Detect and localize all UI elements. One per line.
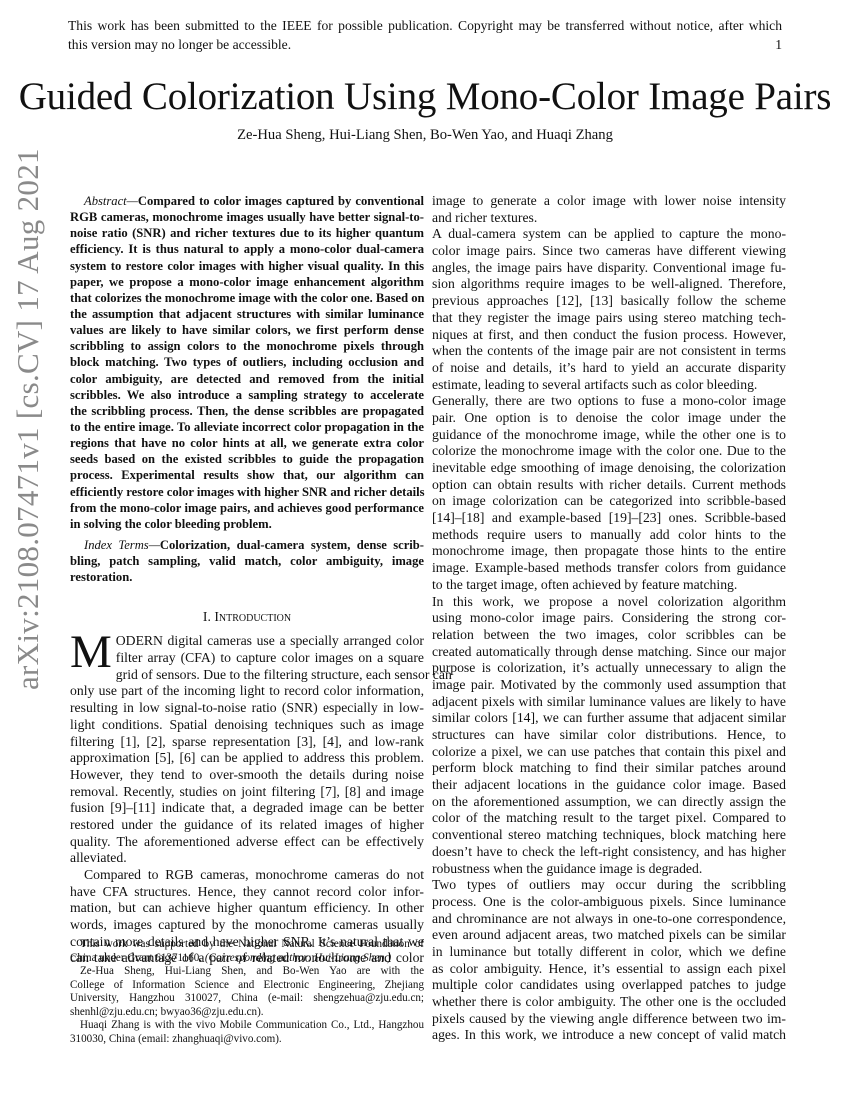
abstract-line: Abstract—Compared to color images captur… [70, 193, 424, 209]
intro-line: quality. The aforementioned adverse effe… [70, 834, 424, 851]
body-line: image. Example-based methods transfer co… [432, 560, 786, 577]
abstract-line: efficiency. It is thus natural to apply … [70, 241, 424, 257]
body-line: sion algorithms require images to be wel… [432, 276, 786, 293]
corresponding-author: (Corresponding author: Hui-Liang Shen.) [205, 952, 391, 964]
body-line: doesn’t have to check the left-right con… [432, 844, 786, 861]
body-line: and richer textures. [432, 210, 786, 227]
intro-line: ODERN digital cameras use a specially ar… [116, 633, 424, 650]
footnote-line: This work was supported by the National … [70, 938, 424, 952]
body-line: of noise and details, it’s hard to yield… [432, 360, 786, 377]
body-line: niques at first, and then conduct the fu… [432, 327, 786, 344]
body-line: conventional stereo matching techniques,… [432, 827, 786, 844]
left-column: Abstract—Compared to color images captur… [70, 193, 424, 967]
abstract-line: the assumption that adjacent structures … [70, 306, 424, 322]
abstract-line: the scribbling process. Then, the dense … [70, 403, 424, 419]
body-line: on the aforementioned assumption, we can… [432, 794, 786, 811]
body-line: process. One is the color-ambiguous pixe… [432, 894, 786, 911]
body-line: Two types of outliers may occur during t… [432, 877, 786, 894]
intro-line: only use part of the incoming light to r… [70, 683, 424, 700]
body-line: option can obtain results with richer de… [432, 477, 786, 494]
abstract-line: block matching. Two types of outliers, i… [70, 354, 424, 370]
intro-line: light conditions. Spatial denoising tech… [70, 717, 424, 734]
abstract-line: color ambiguity, are detected and remove… [70, 371, 424, 387]
submission-notice: This work has been submitted to the IEEE… [68, 16, 782, 54]
intro-line: restored under the guidance of its relat… [70, 817, 424, 834]
body-line: previous approaches [12], [13] basically… [432, 293, 786, 310]
author-list: Ze-Hua Sheng, Hui-Liang Shen, Bo-Wen Yao… [0, 126, 850, 144]
index-terms-line: restoration. [70, 569, 424, 585]
body-line: perform block matching to find their sim… [432, 760, 786, 777]
abstract-line: values are likely to have similar colors… [70, 322, 424, 338]
page-number: 1 [775, 35, 782, 54]
drop-cap: M [70, 634, 112, 670]
body-line: monochrome image, then propagate those h… [432, 543, 786, 560]
notice-line-1: This work has been submitted to the IEEE… [68, 16, 782, 35]
footnote-line: China under Grant 61371160. (Correspondi… [70, 952, 424, 966]
body-line: in luminance but totally different in co… [432, 944, 786, 961]
intro-line: Compared to RGB cameras, monochrome came… [70, 867, 424, 884]
intro-paragraph-1: M ODERN digital cameras use a specially … [70, 633, 424, 867]
body-line: similar colors [14], we can further assu… [432, 710, 786, 727]
intro-line: words, images captured by the monochrome… [70, 917, 424, 934]
body-line: on image colorization can be categorized… [432, 493, 786, 510]
body-line: purpose is colorization, it’s actually u… [432, 660, 786, 677]
body-line: relation between the two images, color s… [432, 627, 786, 644]
abstract-line: RGB cameras, monochrome images usually h… [70, 209, 424, 225]
intro-line: filtering [1], [2], sparse representatio… [70, 734, 424, 751]
body-line: methods require users to manually add co… [432, 527, 786, 544]
abstract-line: noise ratio (SNR) and richer textures du… [70, 225, 424, 241]
right-column: image to generate a color image with low… [432, 193, 786, 1044]
index-terms-line: bling, patch sampling, valid match, colo… [70, 553, 424, 569]
intro-line: alleviated. [70, 850, 424, 867]
abstract-line: to the entire image. To alleviate incorr… [70, 419, 424, 435]
footnote-line: College of Information Science and Elect… [70, 979, 424, 993]
body-line: inevitable edge smoothing of image denoi… [432, 460, 786, 477]
abstract-line: efficiently restore color images with hi… [70, 484, 424, 500]
body-line: color of the matching result to the targ… [432, 810, 786, 827]
body-line: robustness when the guidance image is de… [432, 861, 786, 878]
arxiv-stamp: arXiv:2108.07471v1 [cs.CV] 17 Aug 2021 [10, 148, 46, 690]
abstract-line: in solving the color bleeding problem. [70, 516, 424, 532]
abstract-label: Abstract— [84, 194, 138, 208]
body-line: even around adjacent areas, two matched … [432, 927, 786, 944]
body-line: created automatically through dense matc… [432, 644, 786, 661]
abstract-line: scribbles. We also introduce a sampling … [70, 387, 424, 403]
footnotes: This work was supported by the National … [70, 938, 424, 1046]
abstract-line: seeds based on the existed scribbles to … [70, 451, 424, 467]
body-line: image pair. Motivated by the commonly us… [432, 677, 786, 694]
body-line: whether there is color ambiguity. The ot… [432, 994, 786, 1011]
body-line: to the target image, often achieved by f… [432, 577, 786, 594]
body-line: adjacent pixels with similar luminance v… [432, 694, 786, 711]
notice-line-2: this version may no longer be accessible… [68, 35, 782, 54]
body-line: structures can have similar color distri… [432, 727, 786, 744]
abstract-line: scribbling to assign colors to the monoc… [70, 338, 424, 354]
index-terms: Index Terms—Colorization, dual-camera sy… [70, 537, 424, 585]
body-line: [14]–[18] and example-based [19]–[23] on… [432, 510, 786, 527]
body-line: guidance of the monochrome image, while … [432, 427, 786, 444]
footnote-text: China under Grant 61371160. [70, 952, 205, 964]
abstract-text: Compared to color images captured by con… [138, 194, 424, 208]
body-line: Generally, there are two options to fuse… [432, 393, 786, 410]
body-line: pair. One option is to denoise the color… [432, 410, 786, 427]
body-line: angles, the image pairs have disparity. … [432, 260, 786, 277]
abstract-line: from the mono-color image pairs, and ach… [70, 500, 424, 516]
intro-line: mation, but can achieve higher quantum e… [70, 900, 424, 917]
intro-line: resulting in low signal-to-noise ratio (… [70, 700, 424, 717]
index-terms-text: Colorization, dual-camera system, dense … [160, 538, 424, 552]
footnote-line: Huaqi Zhang is with the vivo Mobile Comm… [70, 1019, 424, 1033]
intro-line: However, they tend to over-smooth the de… [70, 767, 424, 784]
body-line: that they register the image pairs using… [432, 310, 786, 327]
body-line: multiple color candidates using overlapp… [432, 977, 786, 994]
intro-line: fusion [9]–[11] indicate that, a degrade… [70, 800, 424, 817]
intro-line: approximation [5], [6] can be applied to… [70, 750, 424, 767]
footnote-line: University, Hangzhou 310027, China (e-ma… [70, 992, 424, 1006]
footnote-line: 310030, China (email: zhanghuaqi@vivo.co… [70, 1033, 424, 1047]
footnote-line: shenhl@zju.edu.cn; bwyao36@zju.edu.cn). [70, 1006, 424, 1020]
section-heading: I. Introduction [70, 607, 424, 627]
abstract-line: regions that have no color hints at all,… [70, 435, 424, 451]
abstract-line: process. Experimental results show that,… [70, 467, 424, 483]
section-number: I. [203, 609, 214, 624]
abstract: Abstract—Compared to color images captur… [70, 193, 424, 532]
index-terms-label: Index Terms— [84, 538, 160, 552]
body-line: as color ambiguity. Hence, it’s essentia… [432, 961, 786, 978]
abstract-line: paper, we propose a mono-color image enh… [70, 274, 424, 290]
abstract-line: that colorizes the monochrome image with… [70, 290, 424, 306]
body-line: when the contents of the image pair are … [432, 343, 786, 360]
intro-line: grid of sensors. Due to the filtering st… [70, 667, 424, 684]
body-line: their adjacent locations in the guidance… [432, 777, 786, 794]
intro-line: filter array (CFA) to capture color imag… [116, 650, 424, 667]
body-line: using mono-color image pairs. Considerin… [432, 610, 786, 627]
body-line: image to generate a color image with low… [432, 193, 786, 210]
body-line: pixels caused by the viewing angle diffe… [432, 1011, 786, 1028]
section-title: Introduction [214, 609, 291, 624]
index-terms-line: Index Terms—Colorization, dual-camera sy… [70, 537, 424, 553]
intro-line: removal. Recently, studies on joint filt… [70, 784, 424, 801]
body-line: estimate, leading to several artifacts s… [432, 377, 786, 394]
body-line: A dual-camera system can be applied to c… [432, 226, 786, 243]
intro-line: have CFA structures. Hence, they cannot … [70, 884, 424, 901]
body-line: and chrominance are not always in one-to… [432, 911, 786, 928]
abstract-line: system to restore color images with high… [70, 258, 424, 274]
footnote-line: Ze-Hua Sheng, Hui-Liang Shen, and Bo-Wen… [70, 965, 424, 979]
body-line: colorize a pixel, we can use patches tha… [432, 744, 786, 761]
body-line: color image pairs. Since two cameras hav… [432, 243, 786, 260]
body-line: In this work, we propose a novel coloriz… [432, 594, 786, 611]
body-line: colorize the monochrome image with the c… [432, 443, 786, 460]
body-line: ages. In this work, we introduce a new c… [432, 1027, 786, 1044]
paper-title: Guided Colorization Using Mono-Color Ima… [0, 74, 850, 120]
